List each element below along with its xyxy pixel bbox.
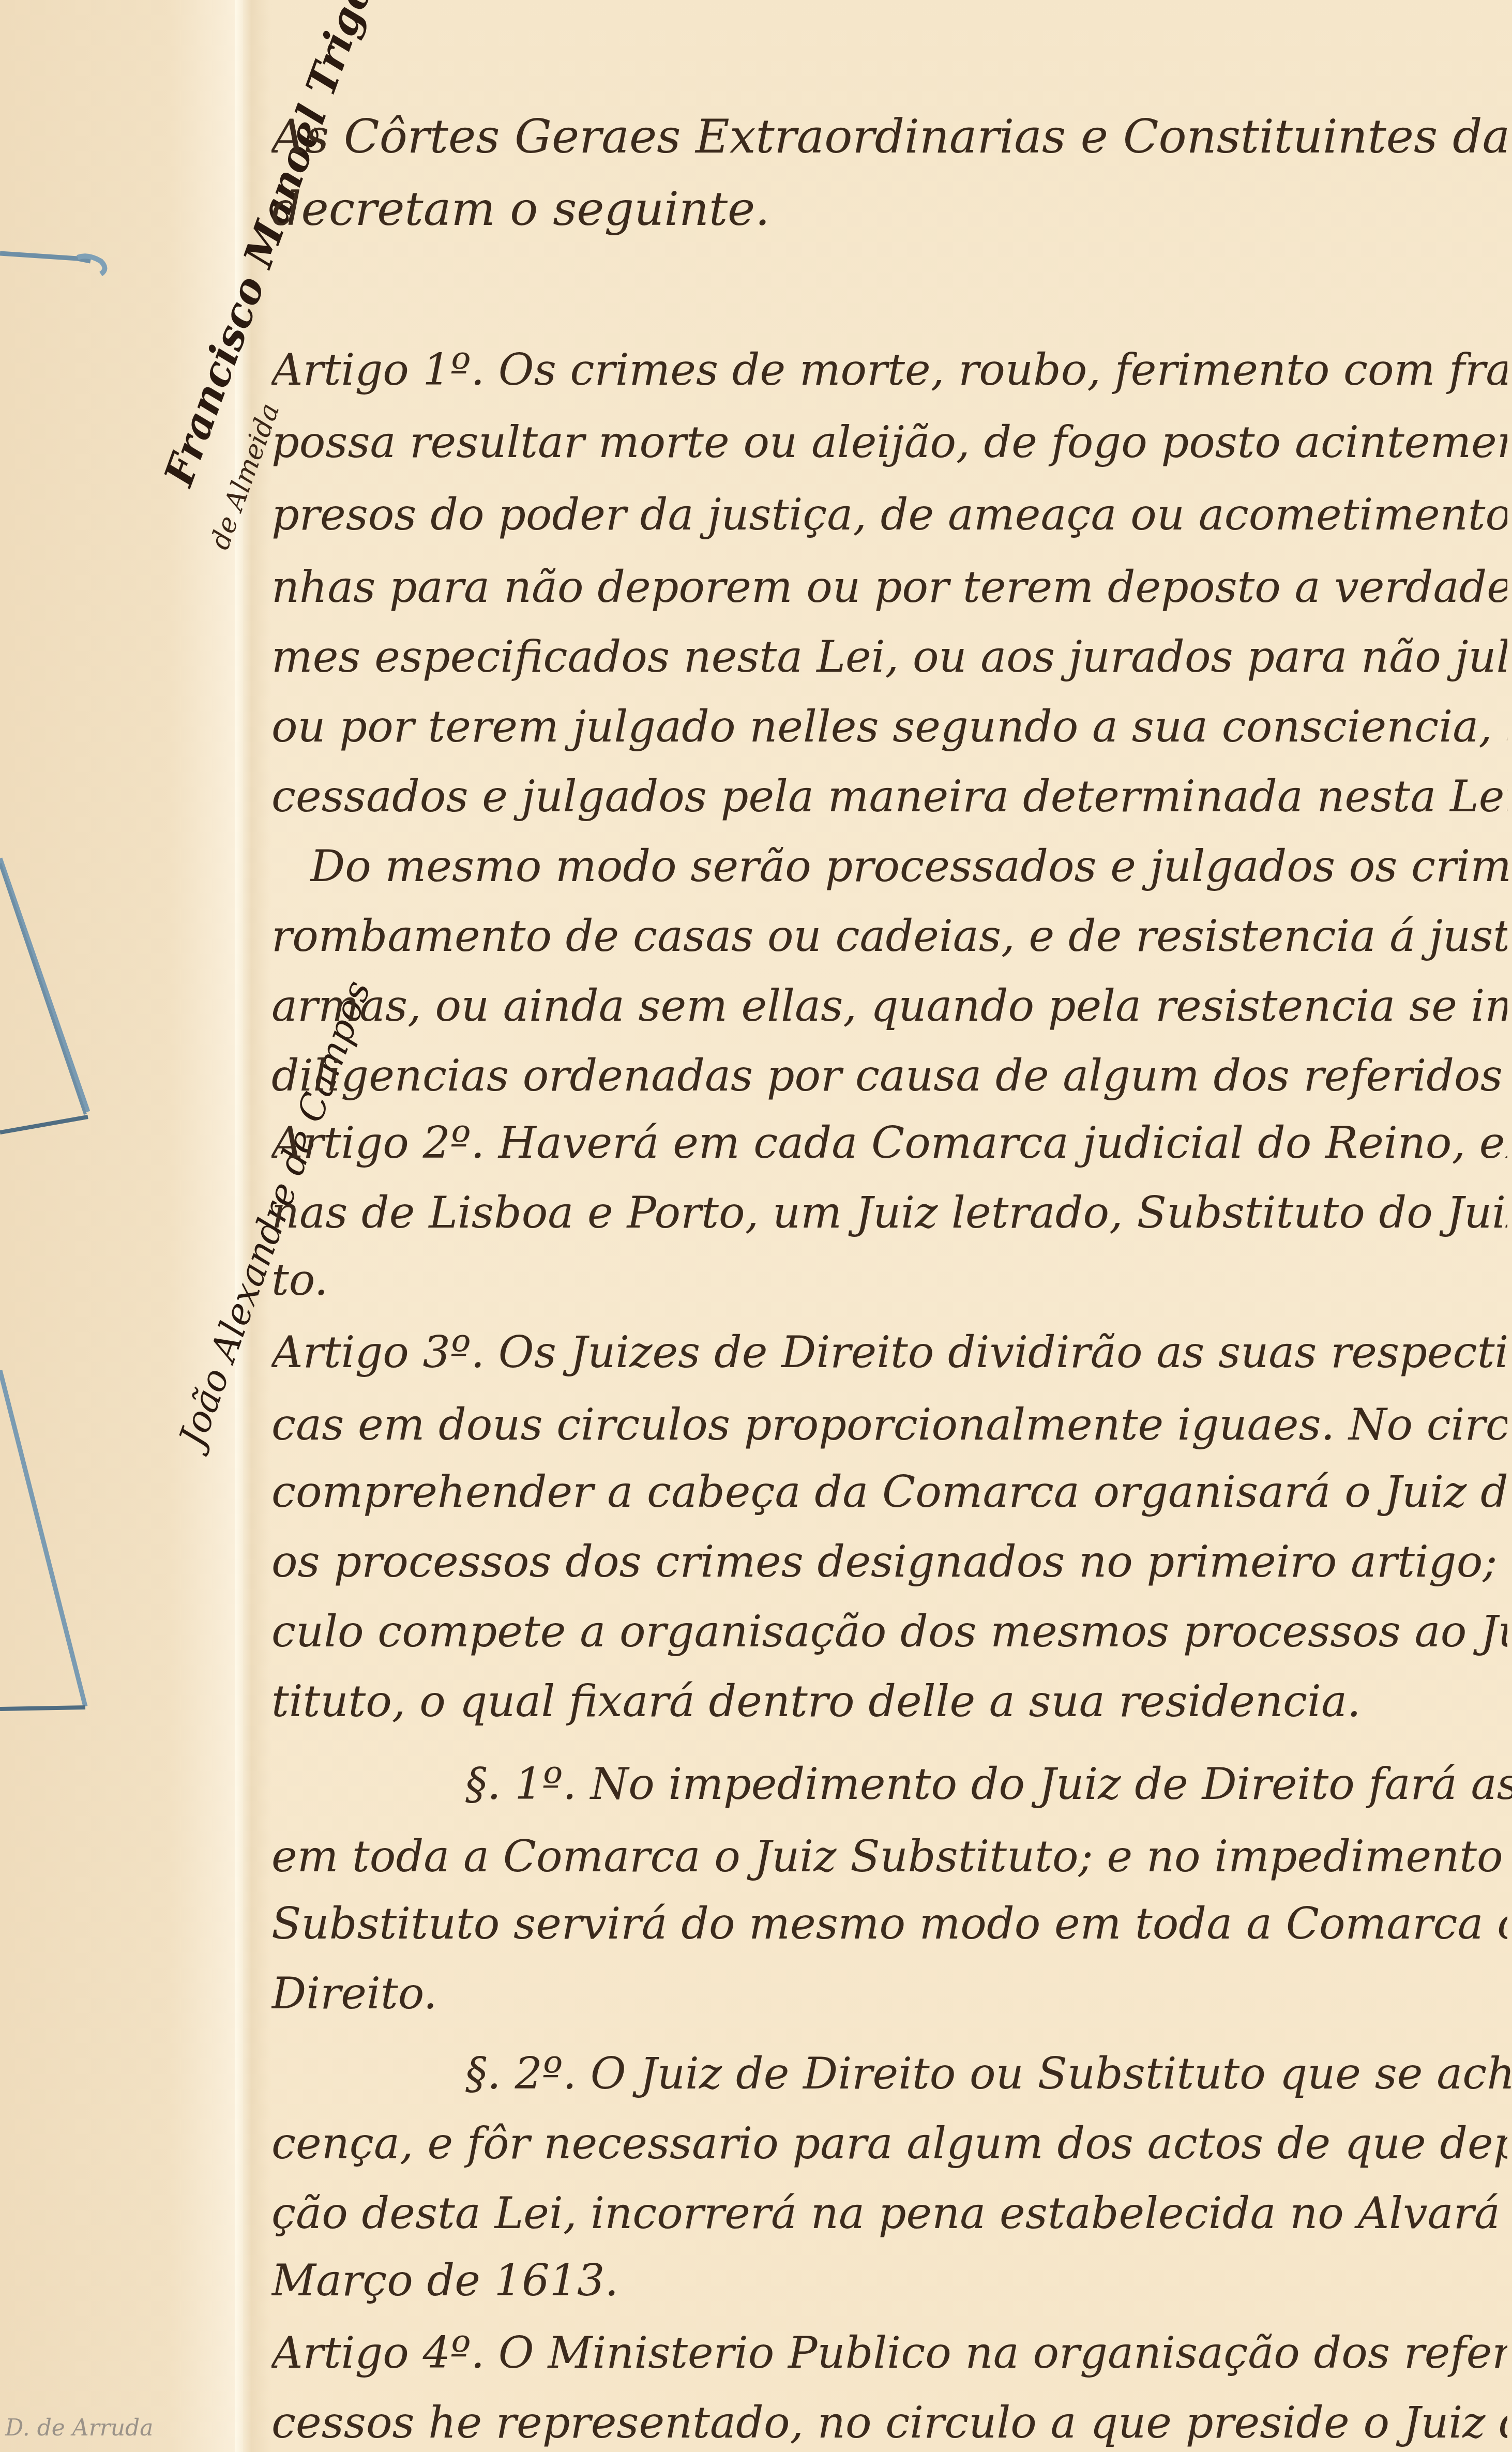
manuscript-line: Artigo 2º. Haverá em cada Comarca judici… [271, 1114, 1507, 1171]
manuscript-line: tituto, o qual fixará dentro delle a sua… [271, 1673, 1507, 1730]
manuscript-line: Substituto servirá do mesmo modo em toda… [271, 1895, 1507, 1952]
manuscript-line: comprehender a cabeça da Comarca organis… [271, 1463, 1507, 1520]
manuscript-line: ção desta Lei, incorrerá na pena estabel… [271, 2185, 1507, 2242]
manuscript-line: Do mesmo modo serão processados e julgad… [310, 838, 1512, 895]
manuscript-line: Março de 1613. [271, 2252, 1507, 2309]
manuscript-line: presos do poder da justiça, de ameaça ou… [271, 486, 1507, 543]
manuscript-line: os processos dos crimes designados no pr… [271, 1533, 1507, 1590]
manuscript-line: Direito. [271, 1965, 1507, 2022]
decree-header-line-2: decretam o seguinte. [271, 181, 1507, 238]
manuscript-line: cença, e fôr necessario para algum dos a… [271, 2115, 1507, 2172]
manuscript-line: cas em dous circulos proporcionalmente i… [271, 1396, 1507, 1453]
manuscript-line: armas, ou ainda sem ellas, quando pela r… [271, 977, 1507, 1034]
manuscript-line: Artigo 4º. O Ministerio Publico na organ… [271, 2324, 1507, 2381]
manuscript-line: nhas para não deporem ou por terem depos… [271, 558, 1507, 615]
manuscript-line: to. [271, 1251, 1507, 1308]
decree-header-line-1: As Côrtes Geraes Extraordinarias e Const… [271, 109, 1507, 165]
manuscript-line: culo compete a organisação dos mesmos pr… [271, 1603, 1507, 1660]
manuscript-line: possa resultar morte ou aleijão, de fogo… [271, 414, 1507, 471]
manuscript-line: mes especificados nesta Lei, ou aos jura… [271, 628, 1507, 685]
manuscript-line: em toda a Comarca o Juiz Substituto; e n… [271, 1828, 1507, 1885]
manuscript-line: rombamento de casas ou cadeias, e de res… [271, 907, 1507, 964]
manuscript-line: §. 1º. No impedimento do Juiz de Direito… [465, 1755, 1512, 1812]
manuscript-line: cessos he representado, no circulo a que… [271, 2394, 1507, 2451]
manuscript-line: cessados e julgados pela maneira determi… [271, 768, 1507, 825]
manuscript-line: diligencias ordenadas por causa de algum… [271, 1047, 1507, 1104]
pencil-archive-note: D. de Arruda [5, 2415, 153, 2441]
manuscript-line: Artigo 3º. Os Juizes de Direito dividirã… [271, 1324, 1507, 1381]
manuscript-line: Artigo 1º. Os crimes de morte, roubo, fe… [271, 341, 1507, 398]
manuscript-line: nas de Lisboa e Porto, um Juiz letrado, … [271, 1184, 1507, 1241]
manuscript-line: ou por terem julgado nelles segundo a su… [271, 698, 1507, 755]
manuscript-line: §. 2º. O Juiz de Direito ou Substituto q… [465, 2045, 1512, 2102]
